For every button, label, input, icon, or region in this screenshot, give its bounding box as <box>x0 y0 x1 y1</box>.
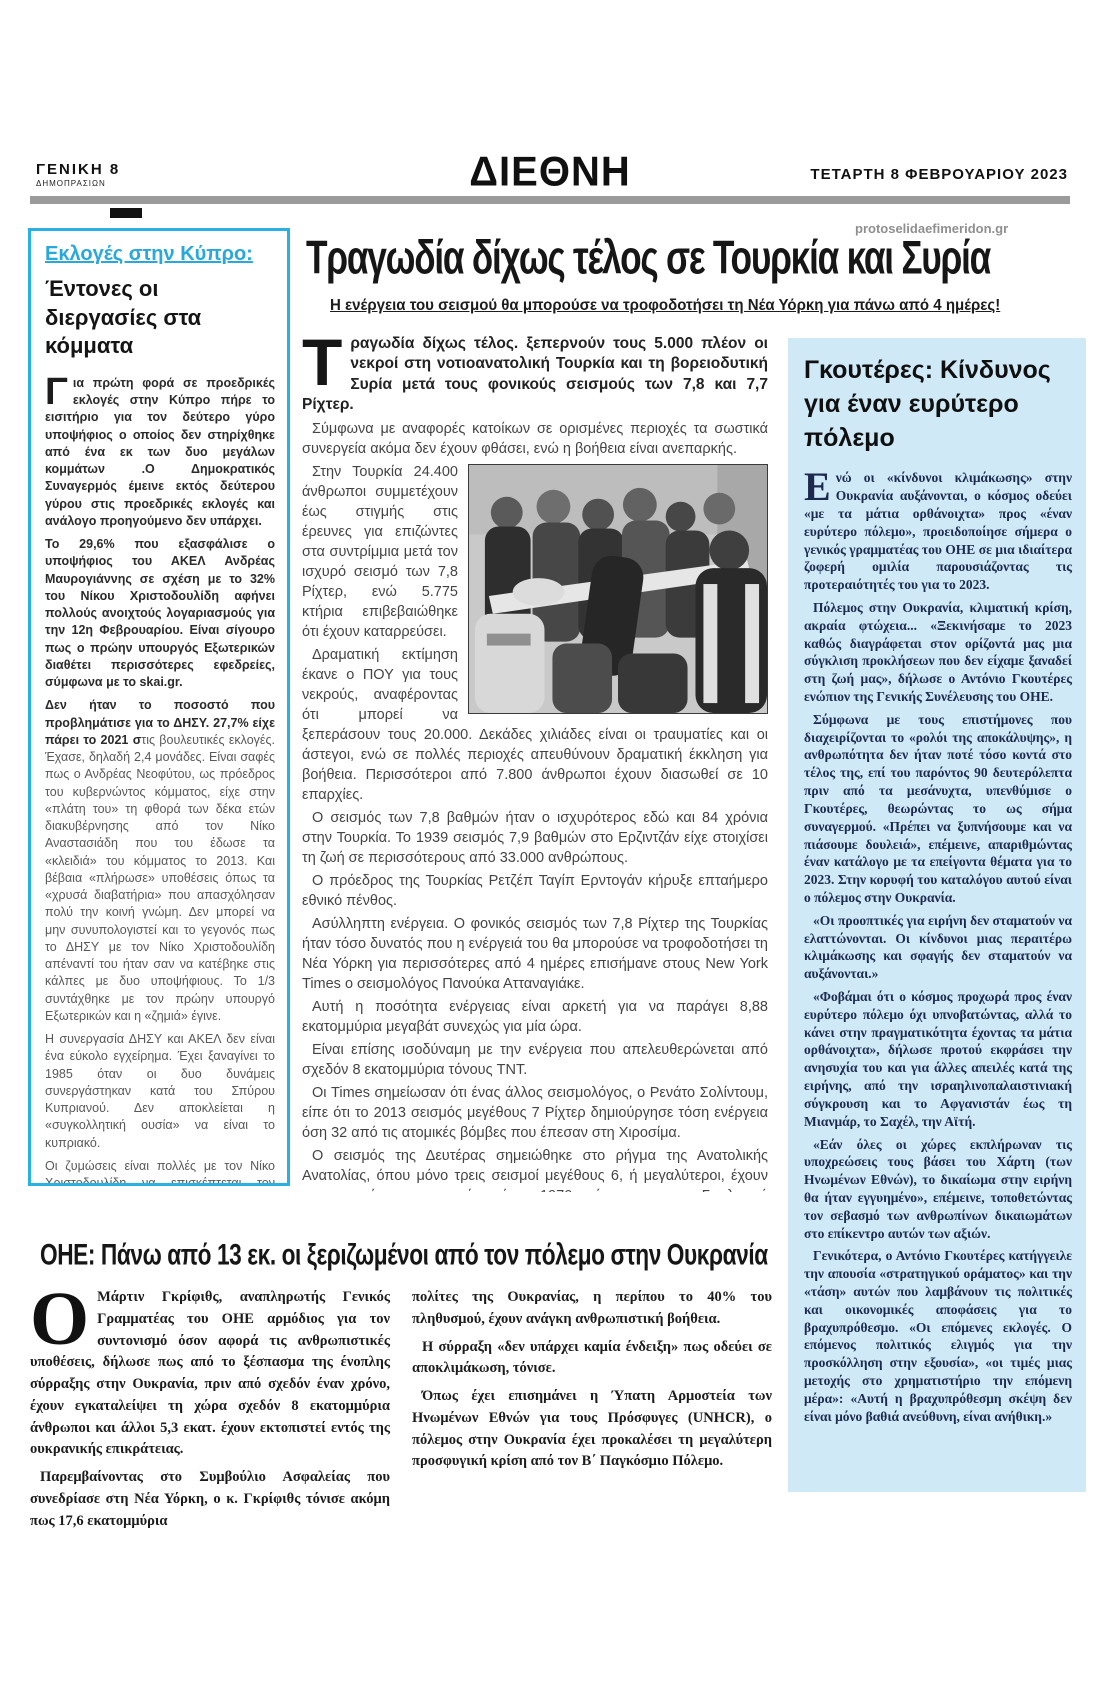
right-paragraph-1: Ενώ οι «κίνδυνοι κλιμάκωσης» στην Ουκραν… <box>804 469 1072 594</box>
right-paragraph-3: Σύμφωνα με τους επιστήμονες που διαχειρί… <box>804 711 1072 907</box>
main-paragraph-5: Ο σεισμός των 7,8 βαθμών ήταν ο ισχυρότε… <box>302 808 768 868</box>
main-lead-paragraph: Τραγωδία δίχως τέλος. ξεπερνούν τους 5.0… <box>302 334 768 416</box>
main-paragraph-8: Αυτή η ποσότητα ενέργειας είναι αρκετή γ… <box>302 997 768 1037</box>
sidebar-kicker: Εκλογές στην Κύπρο: <box>45 243 275 265</box>
main-paragraph-6: Ο πρόεδρος της Τουρκίας Ρετζέπ Ταγίπ Ερν… <box>302 871 768 911</box>
right-drop-cap: Ε <box>804 469 836 502</box>
bottom-column-right: πολίτες της Ουκρανίας, η περίπου το 40% … <box>412 1287 772 1538</box>
main-article-body: Τραγωδία δίχως τέλος. ξεπερνούν τους 5.0… <box>302 334 768 1192</box>
bottom-article-ukraine-displaced: ΟΗΕ: Πάνω από 13 εκ. οι ξεριζωμένοι από … <box>30 1238 772 1538</box>
bottom-left-paragraph-2: Παρεμβαίνοντας στο Συμβούλιο Ασφαλείας π… <box>30 1467 390 1532</box>
earthquake-rescue-photo <box>468 464 768 714</box>
bottom-headline: ΟΗΕ: Πάνω από 13 εκ. οι ξεριζωμένοι από … <box>40 1238 655 1272</box>
main-paragraph-9: Είναι επίσης ισοδύναμη με την ενέργεια π… <box>302 1040 768 1080</box>
sidebar-paragraph-5: Οι ζυμώσεις είναι πολλές με τον Νίκο Χρι… <box>45 1158 275 1186</box>
right-paragraph-7: Γενικότερα, ο Αντόνιο Γκουτέρες κατήγγει… <box>804 1247 1072 1425</box>
sidebar-paragraph-1: Για πρώτη φορά σε προεδρικές εκλογές στη… <box>45 375 275 530</box>
right-paragraph-4: «Οι προοπτικές για ειρήνη δεν σταματούν … <box>804 912 1072 983</box>
newspaper-page: ΓΕΝΙΚΗ 8 ΔΗΜΟΠΡΑΣΙΩΝ ΔΙΕΘΝΗ ΤΕΤΑΡΤΗ 8 ΦΕ… <box>0 0 1100 1700</box>
main-drop-cap: Τ <box>302 334 350 387</box>
right-paragraph-2: Πόλεμος στην Ουκρανία, κλιματική κρίση, … <box>804 599 1072 706</box>
bottom-right-paragraph-3: Όπως έχει επισημάνει η Ύπατη Αρμοστεία τ… <box>412 1386 772 1473</box>
bottom-drop-cap: Ο <box>30 1287 97 1347</box>
bottom-columns: ΟΜάρτιν Γκρίφιθς, αναπληρωτής Γενικός Γρ… <box>30 1287 772 1538</box>
main-paragraph-11: Ο σεισμός της Δευτέρας σημειώθηκε στο ρή… <box>302 1146 768 1192</box>
main-paragraph-2: Σύμφωνα με αναφορές κατοίκων σε ορισμένε… <box>302 419 768 459</box>
sidebar-paragraph-3: Δεν ήταν το ποσοστό που προβλημάτισε για… <box>45 697 275 1025</box>
right-article-title: Γκουτέρες: Κίνδυνος για έναν ευρύτερο πό… <box>804 354 1072 455</box>
sidebar-article-cyprus-elections: Εκλογές στην Κύπρο: Έντονες οι διεργασίε… <box>28 228 290 1186</box>
bottom-right-paragraph-2: Η σύρραξη «δεν υπάρχει καμία ένδειξη» πω… <box>412 1337 772 1381</box>
sidebar-paragraph-4: Η συνεργασία ΔΗΣΥ και ΑΚΕΛ δεν είναι ένα… <box>45 1031 275 1152</box>
main-subhead: Η ενέργεια του σεισμού θα μπορούσε να τρ… <box>330 297 1000 315</box>
right-paragraph-1-text: νώ οι «κίνδυνοι κλιμάκωσης» στην Ουκρανί… <box>804 470 1072 592</box>
rescue-photo-illustration <box>469 465 767 713</box>
main-headline: Τραγωδία δίχως τέλος σε Τουρκία και Συρί… <box>306 231 944 285</box>
right-paragraph-5: «Φοβάμαι ότι ο κόσμος προχωρά προς έναν … <box>804 988 1072 1131</box>
main-paragraph-10: Οι Times σημείωσαν ότι ένας άλλος σεισμο… <box>302 1083 768 1143</box>
sidebar-paragraph-2: Το 29,6% που εξασφάλισε ο υποψήφιος του … <box>45 536 275 691</box>
right-article-guterres: Γκουτέρες: Κίνδυνος για έναν ευρύτερο πό… <box>788 338 1086 1492</box>
sidebar-paragraph-1-text: ια πρώτη φορά σε προεδρικές εκλογές στην… <box>45 376 275 528</box>
header-rule <box>30 196 1070 204</box>
sidebar-drop-cap: Γ <box>45 375 73 408</box>
issue-date: ΤΕΤΑΡΤΗ 8 ΦΕΒΡΟΥΑΡΙΟΥ 2023 <box>810 166 1068 183</box>
bottom-column-left: ΟΜάρτιν Γκρίφιθς, αναπληρωτής Γενικός Γρ… <box>30 1287 390 1538</box>
bottom-right-paragraph-1: πολίτες της Ουκρανίας, η περίπου το 40% … <box>412 1287 772 1331</box>
sidebar-paragraph-3-rest: τις βουλευτικές εκλογές. Έχασε, δηλαδή 2… <box>45 733 275 1023</box>
black-tab-mark <box>110 208 142 218</box>
right-paragraph-6: «Εάν όλες οι χώρες εκπλήρωναν τις υποχρε… <box>804 1136 1072 1243</box>
main-paragraph-7: Ασύλληπτη ενέργεια. Ο φονικός σεισμός τω… <box>302 914 768 994</box>
sidebar-title: Έντονες οι διεργασίες στα κόμματα <box>45 275 275 361</box>
main-lead-text: ραγωδία δίχως τέλος. ξεπερνούν τους 5.00… <box>302 335 768 413</box>
bottom-left-paragraph-1: ΟΜάρτιν Γκρίφιθς, αναπληρωτής Γενικός Γρ… <box>30 1287 390 1461</box>
